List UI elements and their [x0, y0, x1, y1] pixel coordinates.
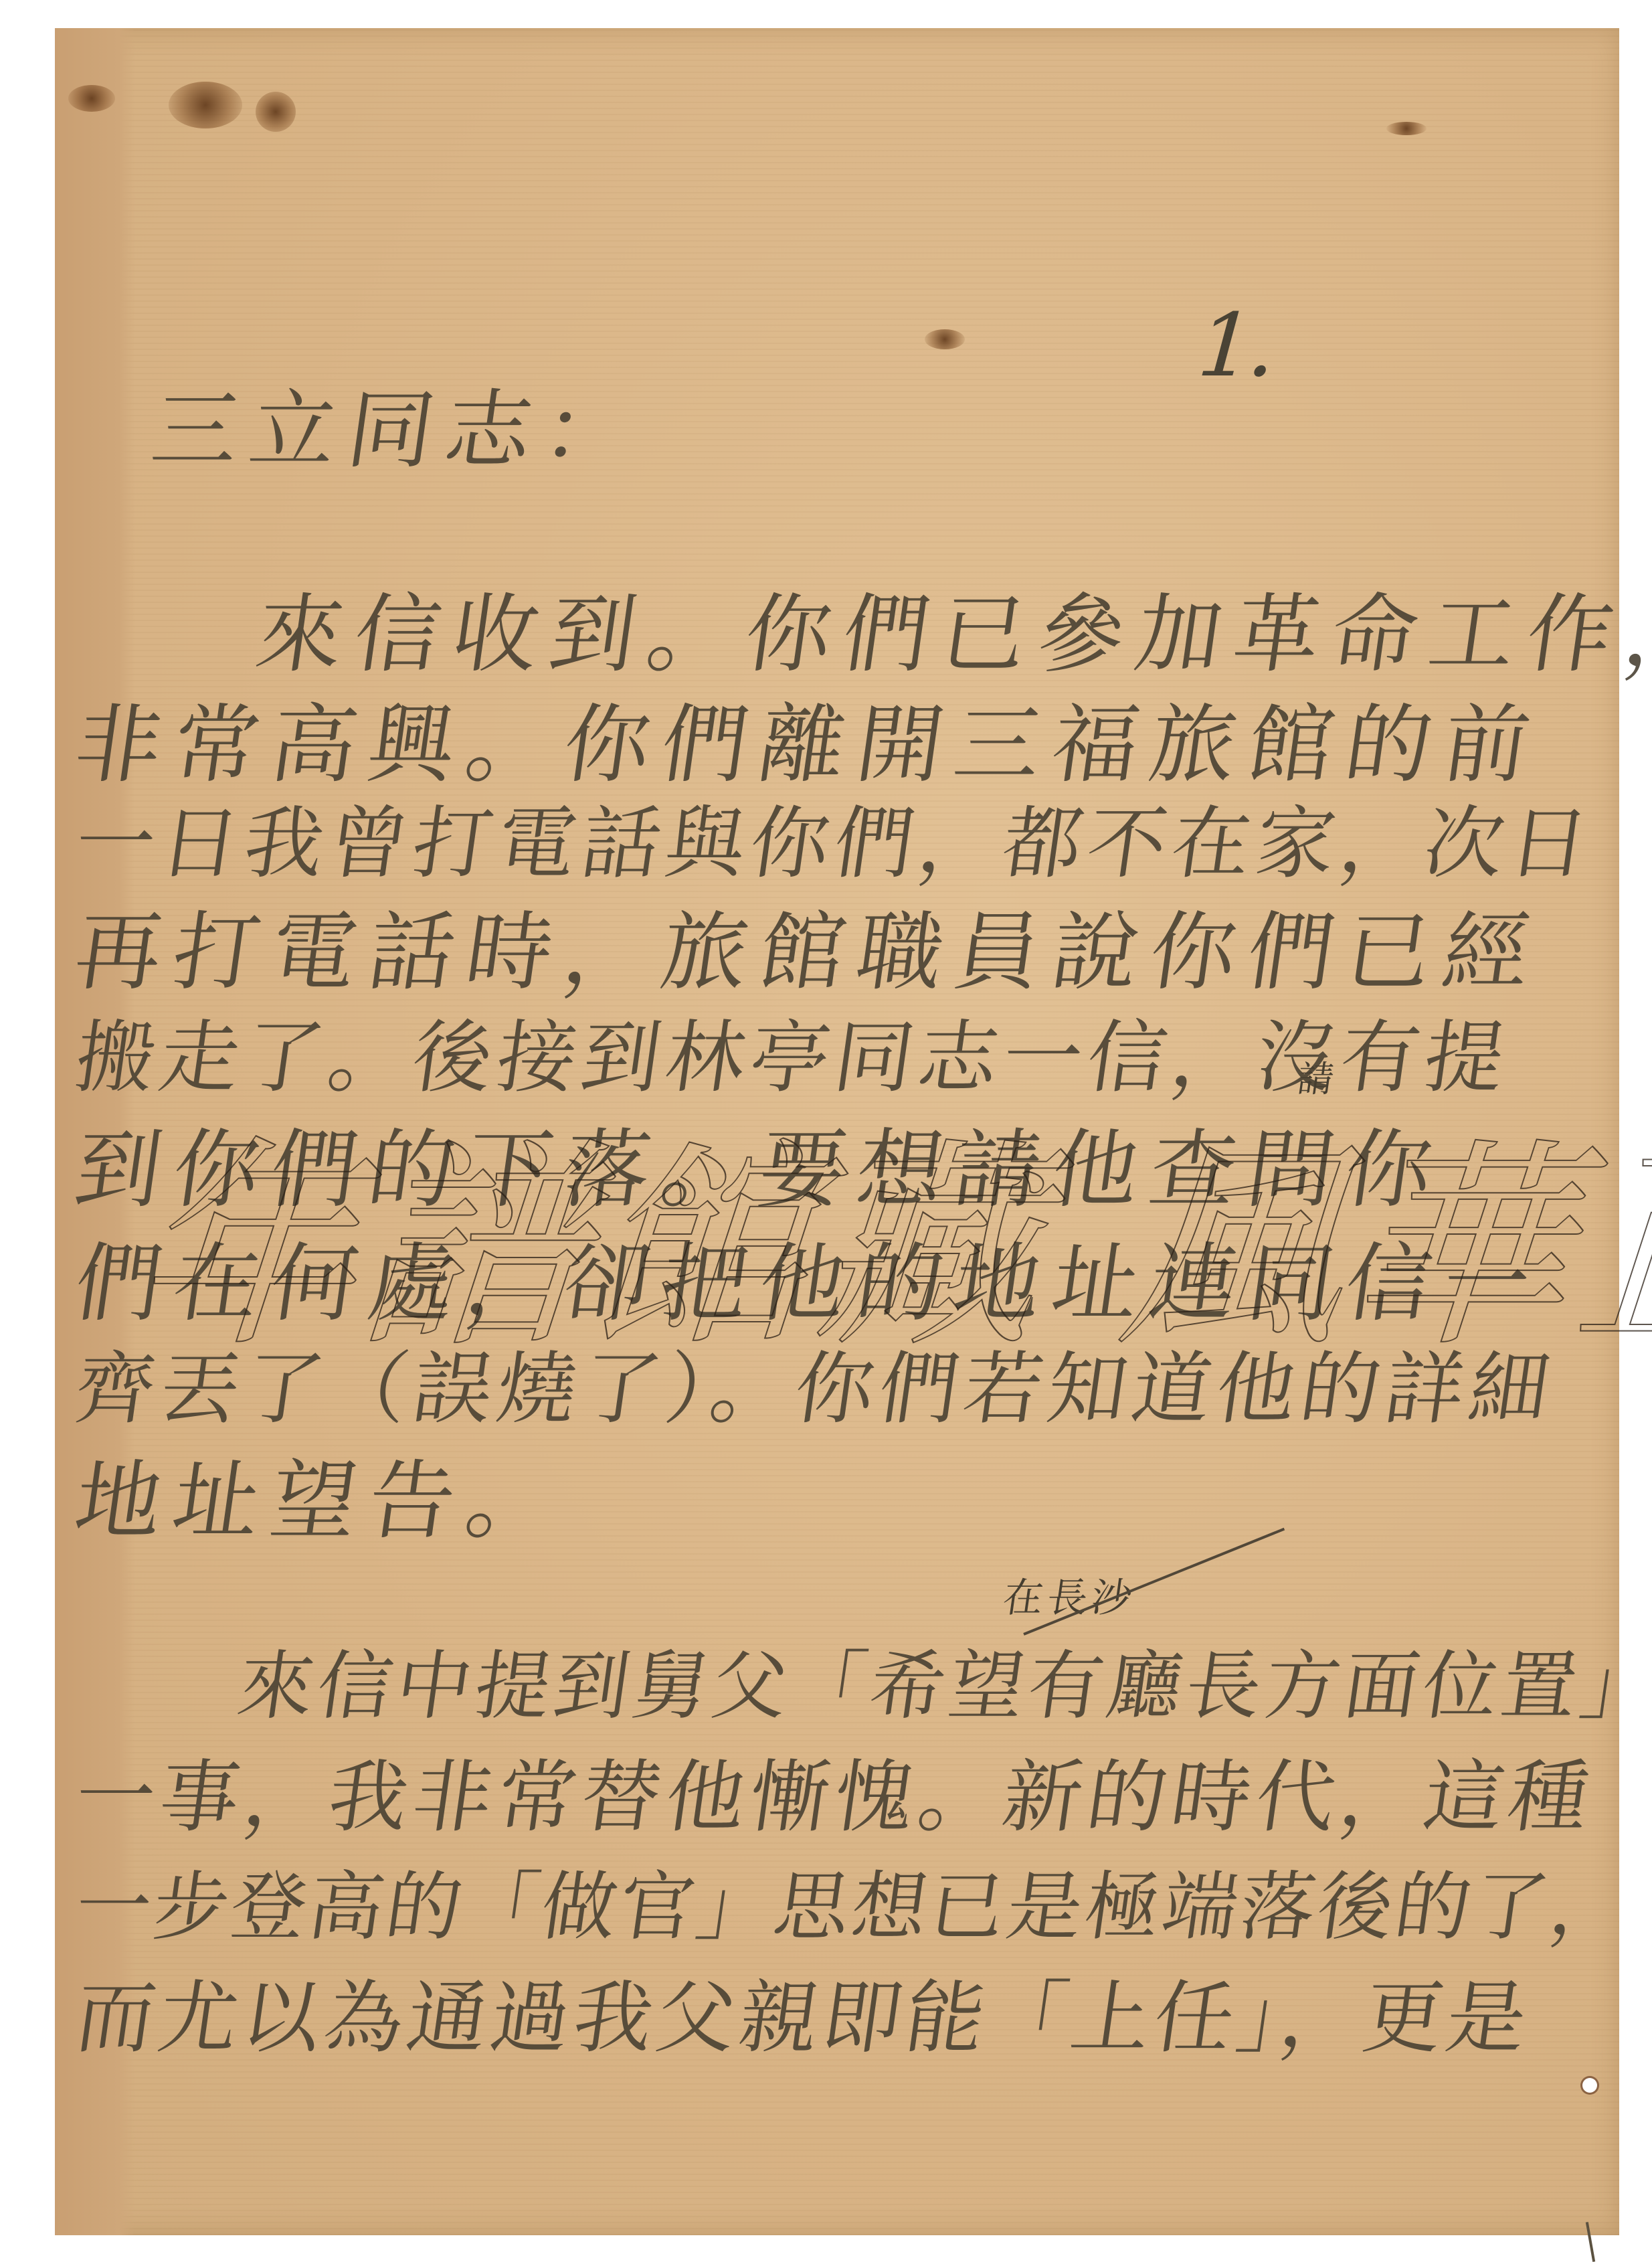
letter-line-9: 地址望告。: [68, 1432, 574, 1555]
stain-mark: [1386, 122, 1427, 135]
letter-line-6: 到你們的下落。要想請他查問你: [68, 1101, 1453, 1224]
letter-line-8: 齊丟了（誤燒了）。你們若知道他的詳細: [69, 1325, 1563, 1439]
letter-line-1: 來信收到。你們已參加革命工作，: [152, 565, 1652, 689]
letter-line-13: 而尤以為通過我父親即能「上任」，更是: [69, 1954, 1539, 2068]
letter-line-4: 再打電話時，旅館職員說你們已經: [68, 883, 1551, 1007]
letter-line-12: 一步登高的「做官」思想已是極端落後的了，: [70, 1847, 1637, 1955]
letter-line-3: 一日我曾打電話與你們，都不在家，次日: [69, 780, 1602, 893]
paper-hole: [1580, 2076, 1599, 2095]
stain-mark: [169, 82, 242, 128]
stain-mark: [256, 92, 296, 132]
stain-mark: [925, 329, 965, 349]
salutation: 三立同志：: [145, 361, 651, 485]
stain-mark: [68, 85, 115, 112]
letter-line-7: 們在何處，卻把他的地址連同信一: [68, 1215, 1551, 1338]
insertion-qing: 請: [1295, 1051, 1342, 1102]
letter-line-11: 一事，我非常替他慚愧。新的時代，這種: [69, 1733, 1602, 1847]
letter-line-10: 來信中提到舅父「希望有廳長方面位置」: [153, 1626, 1652, 1734]
